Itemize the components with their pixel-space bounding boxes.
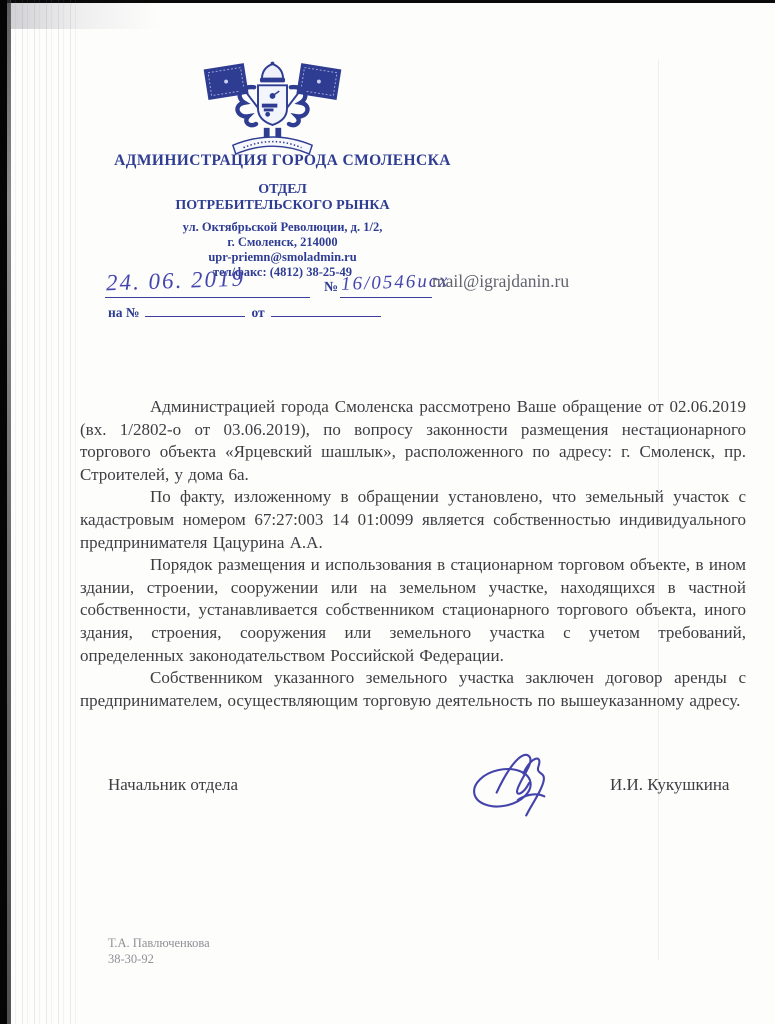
executor-phone: 38-30-92 — [108, 952, 210, 968]
executor-block: Т.А. Павлюченкова 38-30-92 — [108, 936, 210, 967]
smolensk-coat-of-arms-icon — [200, 60, 345, 157]
body-paragraph: Администрацией города Смоленска рассмотр… — [80, 396, 746, 486]
letterhead: АДМИНИСТРАЦИЯ ГОРОДА СМОЛЕНСКА ОТДЕЛ ПОТ… — [60, 152, 505, 280]
date-underline — [105, 297, 310, 298]
handwritten-signature-icon — [468, 744, 573, 822]
number-underline — [340, 297, 432, 298]
body-paragraph: Собственником указанного земельного учас… — [80, 667, 746, 712]
letter-body: Администрацией города Смоленска рассмотр… — [80, 396, 746, 712]
address-line1: ул. Октябрьской Революции, д. 1/2, — [60, 220, 505, 235]
body-paragraph: По факту, изложенному в обращении устано… — [80, 486, 746, 554]
scanned-letter-page: { "document": { "header": { "emblem_icon… — [0, 0, 775, 1024]
reply-date-blank — [271, 304, 381, 317]
dept-line2: ПОТРЕБИТЕЛЬСКОГО РЫНКА — [60, 198, 505, 214]
signer-name: И.И. Кукушкина — [610, 775, 729, 795]
org-name: АДМИНИСТРАЦИЯ ГОРОДА СМОЛЕНСКА — [60, 152, 505, 170]
scan-corner-smudge — [10, 3, 160, 29]
signer-title: Начальник отдела — [108, 775, 238, 795]
reply-from-label: от — [251, 305, 264, 320]
number-label: № — [324, 280, 338, 296]
executor-name: Т.А. Павлюченкова — [108, 936, 210, 952]
reply-number-blank — [145, 304, 245, 317]
reply-to-label: на № — [108, 305, 139, 320]
scan-edge-left — [0, 0, 7, 1024]
reply-reference-row: на №от — [108, 304, 381, 321]
address-line2: г. Смоленск, 214000 — [60, 235, 505, 250]
recipient-email: mail@igrajdanin.ru — [432, 271, 569, 292]
body-paragraph: Порядок размещения и использования в ста… — [80, 554, 746, 667]
org-email: upr-priemn@smoladmin.ru — [60, 250, 505, 265]
dept-line1: ОТДЕЛ — [60, 182, 505, 198]
handwritten-date: 24. 06. 2019 — [106, 266, 246, 297]
